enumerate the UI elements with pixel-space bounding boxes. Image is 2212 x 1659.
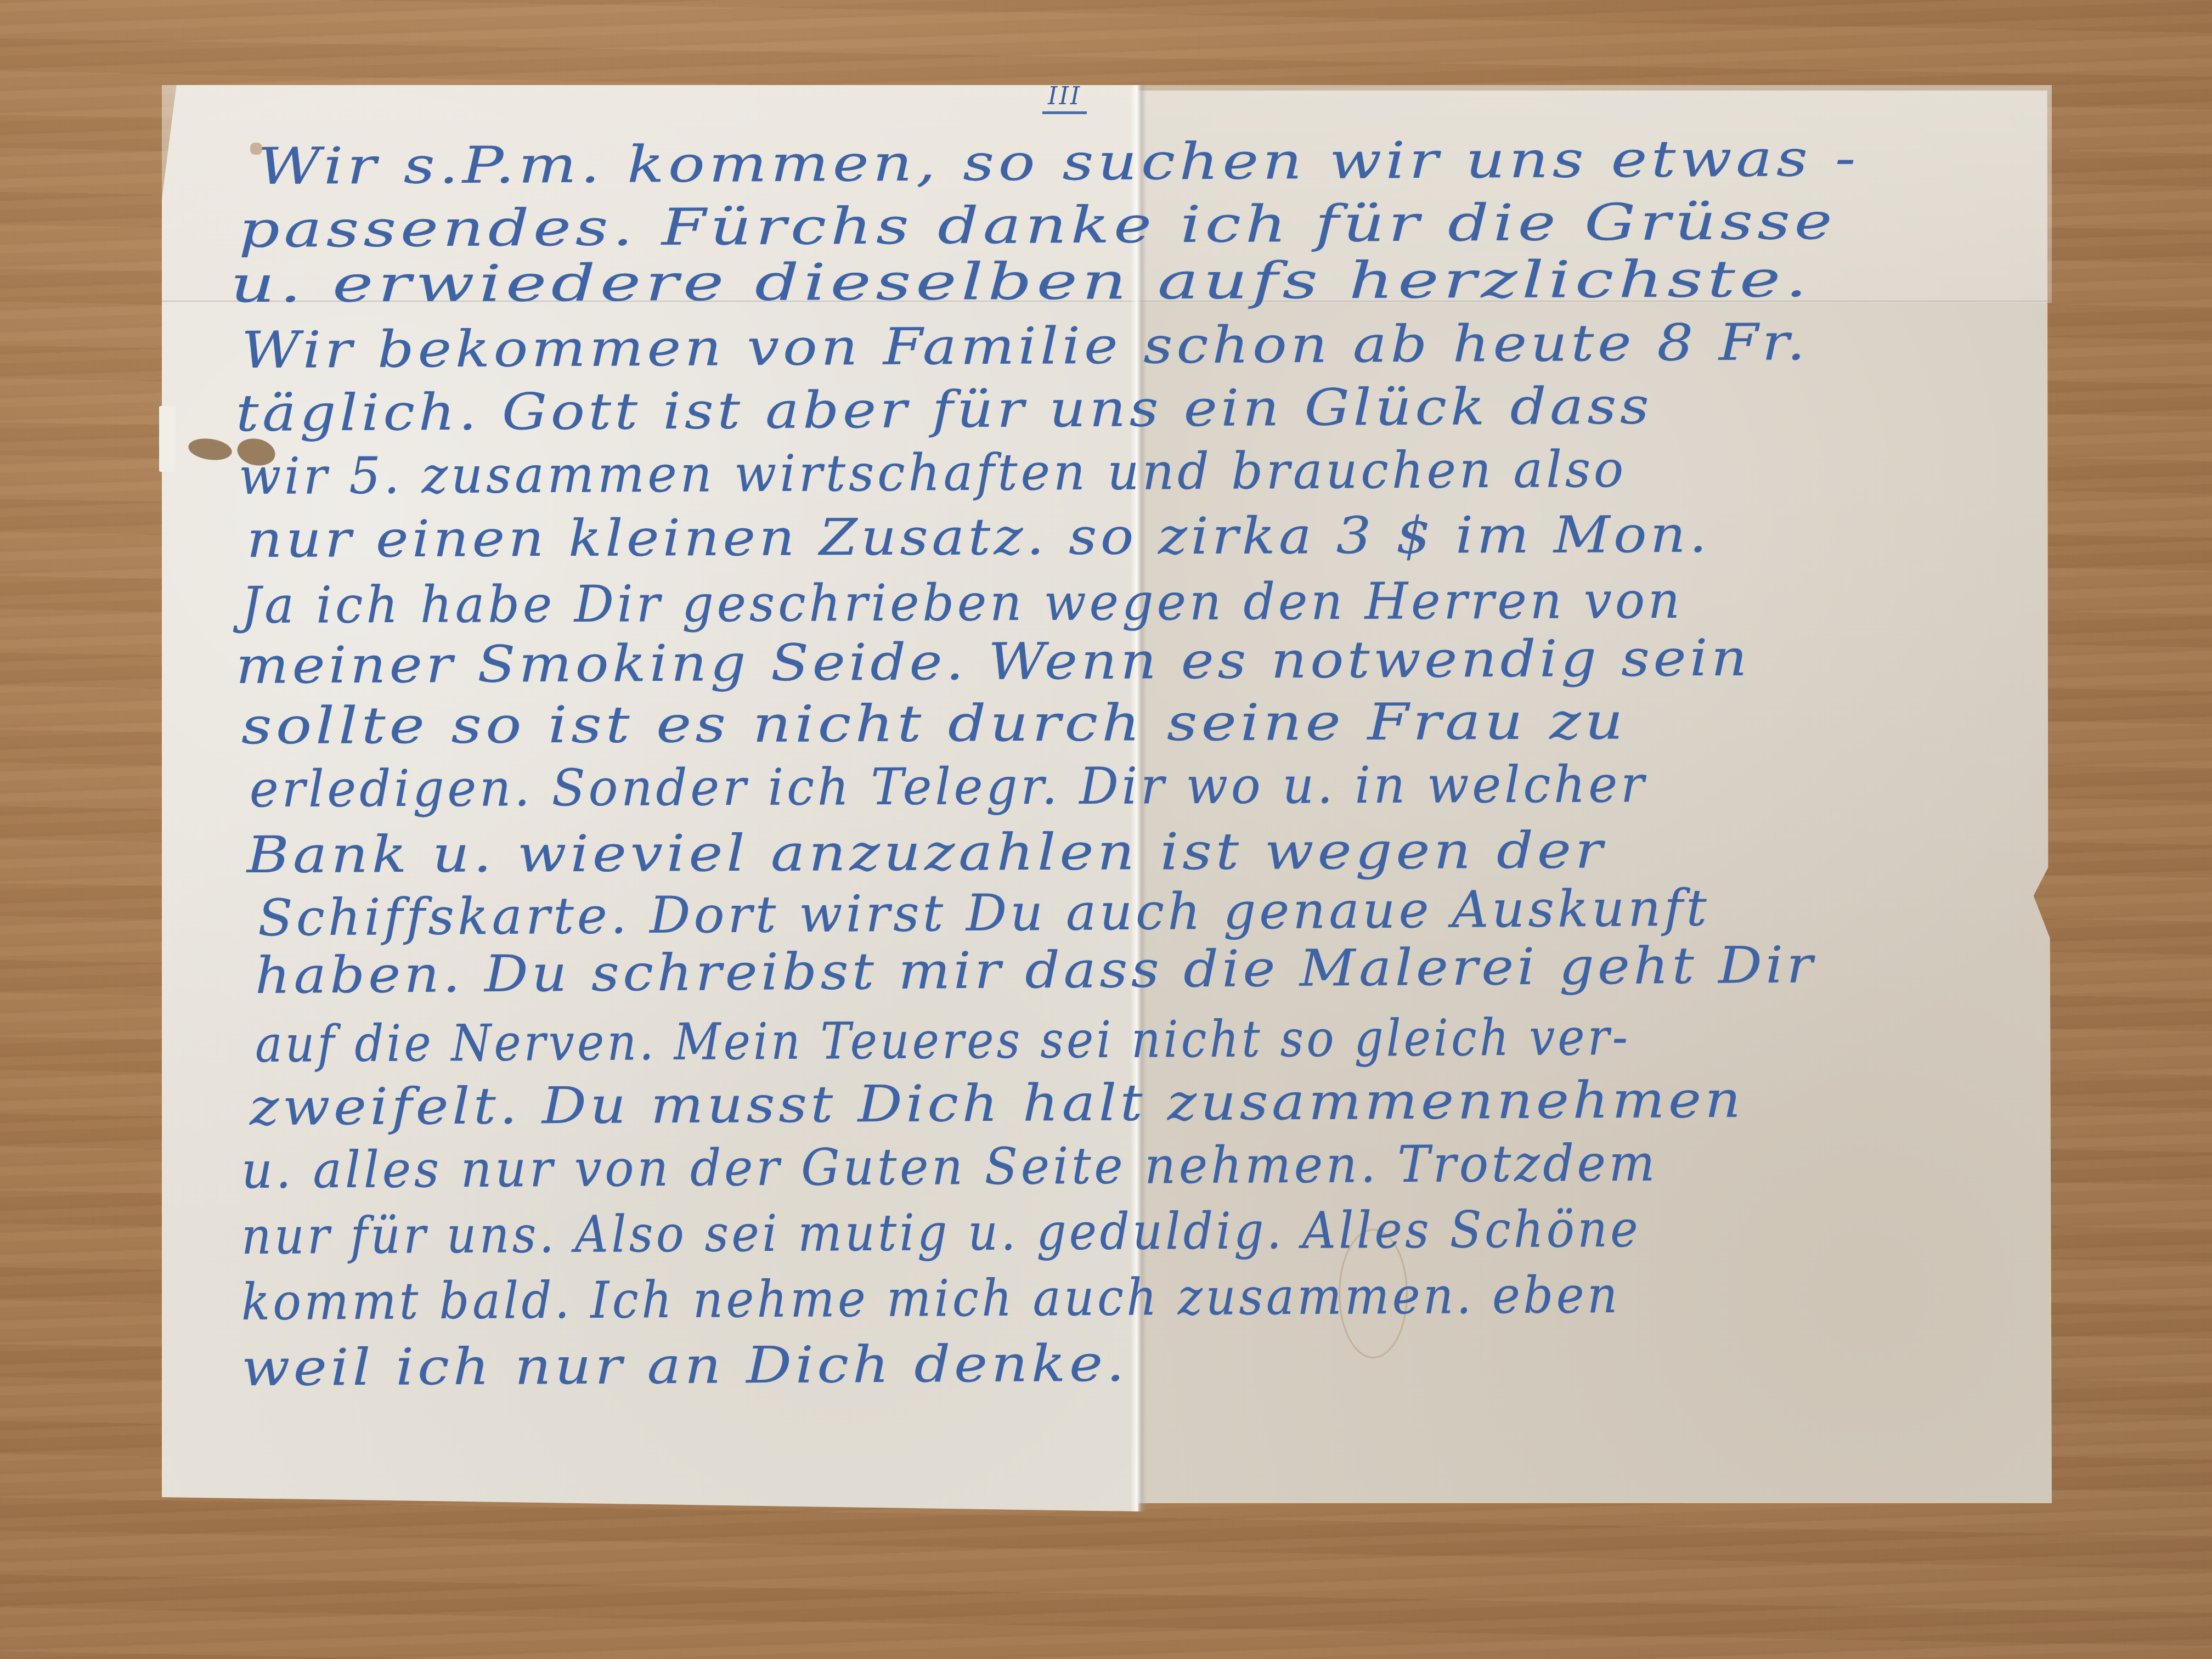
torn-paper-tab [159, 406, 176, 472]
letter-line: Ja ich habe Dir geschrieben wegen den He… [241, 571, 1683, 635]
letter-line: täglich. Gott ist aber für uns ein Glück… [236, 376, 1653, 443]
letter-line: weil ich nur an Dich denke. [241, 1334, 1128, 1397]
letter-line: Bank u. wieviel anzuzahlen ist wegen der [247, 821, 1606, 884]
letter-line: Schiffskarte. Dort wirst Du auch genaue … [258, 879, 1711, 947]
letter-line: zweifelt. Du musst Dich halt zusammenneh… [250, 1070, 1745, 1137]
letter-line: auf die Nerven. Mein Teueres sei nicht s… [255, 1008, 1631, 1074]
letter-line: nur für uns. Also sei mutig u. geduldig.… [241, 1200, 1641, 1266]
letter-line: meiner Smoking Seide. Wenn es notwendig … [236, 629, 1751, 695]
letter-line: Wir bekommen von Familie schon ab heute … [241, 313, 1809, 380]
letter-line: wir 5. zusammen wirtschaften und brauche… [239, 440, 1627, 506]
letter-line: haben. Du schreibst mir dass die Malerei… [255, 935, 1816, 1005]
letter-line: nur einen kleinen Zusatz. so zirka 3 $ i… [247, 505, 1711, 569]
letter-line: kommt bald. Ich nehme mich auch zusammen… [241, 1266, 1621, 1331]
page-number: III [1042, 82, 1087, 114]
letter-line: erledigen. Sonder ich Telegr. Dir wo u. … [250, 755, 1647, 819]
letter-line: sollte so ist es nicht durch seine Frau … [241, 692, 1627, 755]
letter-line: passendes. Fürchs danke ich für die Grüs… [239, 192, 1837, 259]
letter-line: Wir s.P.m. kommen, so suchen wir uns etw… [258, 129, 1860, 196]
letter-line: u. alles nur von der Guten Seite nehmen.… [241, 1133, 1658, 1200]
letter-line: u. erwiedere dieselben aufs herzlichste. [230, 250, 1812, 314]
handwritten-letter: III Wir s.P.m. kommen, so suchen wir uns… [0, 0, 2212, 1659]
